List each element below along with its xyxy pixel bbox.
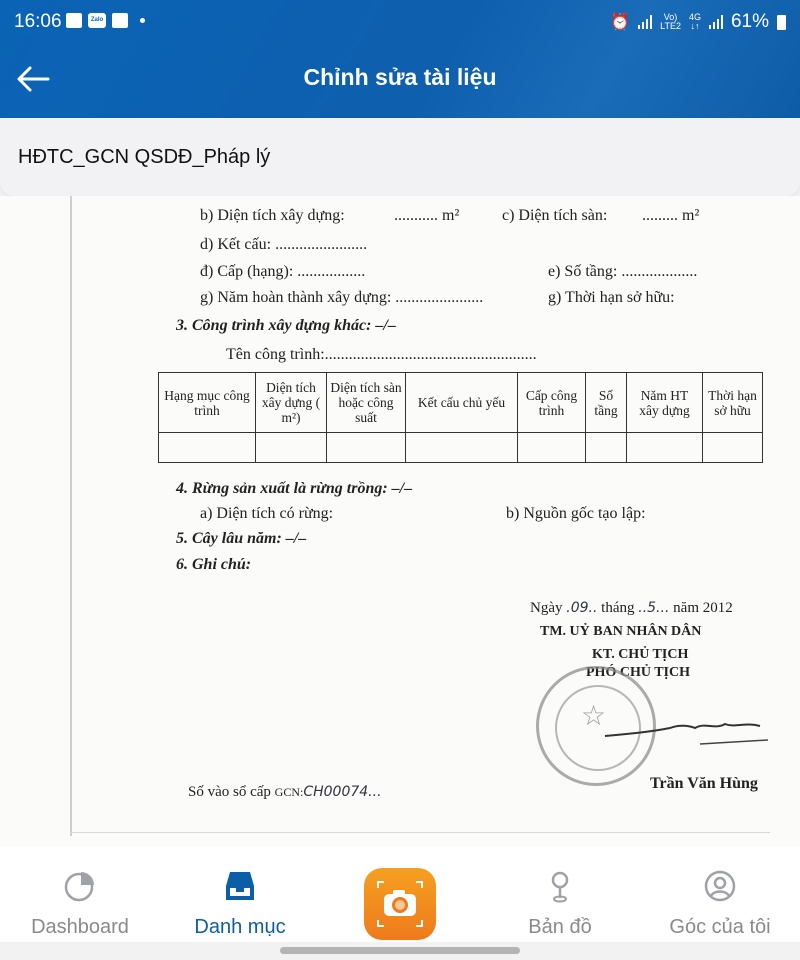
camera-icon	[364, 868, 436, 940]
status-time: 16:06	[14, 11, 62, 33]
notification-icons: Zalo	[66, 13, 145, 28]
table-header: Diện tích xây dựng ( m²)	[256, 373, 327, 433]
signer-name: Trần Văn Hùng	[650, 775, 758, 793]
signal-icon	[638, 15, 652, 29]
camera-scan-button[interactable]	[364, 868, 436, 940]
signing-date: Ngày .09.. tháng ..5... năm 2012	[530, 600, 733, 617]
section-5: 5. Cây lâu năm: –/–	[176, 530, 306, 548]
app-bar: Chỉnh sửa tài liệu	[0, 42, 800, 118]
zalo-icon: Zalo	[88, 13, 106, 28]
section-3: 3. Công trình xây dựng khác: –/–	[176, 317, 396, 335]
dot-icon	[140, 18, 145, 23]
section-4: 4. Rừng sản xuất là rừng trồng: –/–	[176, 480, 412, 498]
table-header: Thời hạn sở hữu	[703, 373, 763, 433]
system-icons: ⏰ Vo)LTE2 4G↓↑ 61%	[610, 11, 786, 33]
line-g1: g) Năm hoàn thành xây dựng: ............…	[200, 289, 483, 307]
table-header: Cấp công trình	[518, 373, 586, 433]
nav-danh-muc[interactable]: Danh mục	[160, 846, 320, 946]
battery-icon	[777, 15, 786, 30]
volte-icon: Vo)LTE2	[660, 13, 681, 31]
signature	[600, 718, 770, 748]
document-name: HĐTC_GCN QSDĐ_Pháp lý	[18, 146, 270, 169]
map-pin-icon	[542, 868, 578, 904]
pie-chart-icon	[62, 868, 98, 904]
top-app-bar: 16:06 Zalo ⏰ Vo)LTE2 4G↓↑ 61% Chỉnh sửa …	[0, 0, 800, 118]
signing-kt: KT. CHỦ TỊCH	[592, 647, 688, 663]
line-g2: g) Thời hạn sở hữu:	[548, 289, 675, 307]
table-header: Năm HT xây dựng	[627, 373, 703, 433]
line-b-value: ........... m²	[394, 207, 459, 225]
calendar-icon	[112, 13, 128, 28]
table-row	[159, 433, 763, 463]
signal-icon-2	[709, 15, 723, 29]
construction-table: Hạng mục công trình Diện tích xây dựng (…	[158, 372, 763, 463]
table-header: Diện tích sàn hoặc công suất	[327, 373, 406, 433]
section-6: 6. Ghi chú:	[176, 556, 251, 574]
line-e: e) Số tầng: ...................	[548, 263, 697, 281]
data-4g-icon: 4G↓↑	[689, 13, 701, 31]
nav-ban-do[interactable]: Bản đồ	[480, 846, 640, 946]
document-name-card[interactable]: HĐTC_GCN QSDĐ_Pháp lý	[0, 118, 800, 196]
signing-org: TM. UỶ BAN NHÂN DÂN	[540, 624, 701, 640]
paper-edge	[70, 196, 72, 836]
battery-percent: 61%	[731, 11, 769, 33]
nav-dashboard[interactable]: Dashboard	[0, 846, 160, 946]
status-bar: 16:06 Zalo ⏰ Vo)LTE2 4G↓↑ 61%	[0, 0, 800, 42]
line-4a: a) Diện tích có rừng:	[200, 505, 333, 523]
line-b: b) Diện tích xây dựng:	[200, 207, 345, 225]
line-c-value: ......... m²	[642, 207, 699, 225]
document-image[interactable]: b) Diện tích xây dựng: ........... m² c)…	[0, 196, 800, 846]
table-header: Số tầng	[586, 373, 627, 433]
ten-cong-trinh: Tên công trình:.........................…	[226, 346, 537, 364]
inbox-tray-icon	[222, 868, 258, 904]
paper-bottom-edge	[70, 832, 770, 833]
alarm-icon: ⏰	[610, 12, 630, 32]
table-header: Hạng mục công trình	[159, 373, 256, 433]
line-c: c) Diện tích sàn:	[502, 207, 607, 225]
user-circle-icon	[702, 868, 738, 904]
home-indicator[interactable]	[280, 947, 520, 954]
line-4b: b) Nguồn gốc tạo lập:	[506, 505, 646, 523]
table-header: Kết cấu chủ yếu	[406, 373, 518, 433]
nav-goc-cua-toi[interactable]: Góc của tôi	[640, 846, 800, 946]
page-title: Chỉnh sửa tài liệu	[0, 64, 800, 91]
registry-number: Số vào sổ cấp GCN:CH00074...	[188, 784, 382, 801]
line-d: d) Kết cấu: .......................	[200, 236, 367, 254]
gallery-icon	[66, 13, 82, 28]
line-dd: đ) Cấp (hạng): .................	[200, 263, 365, 281]
